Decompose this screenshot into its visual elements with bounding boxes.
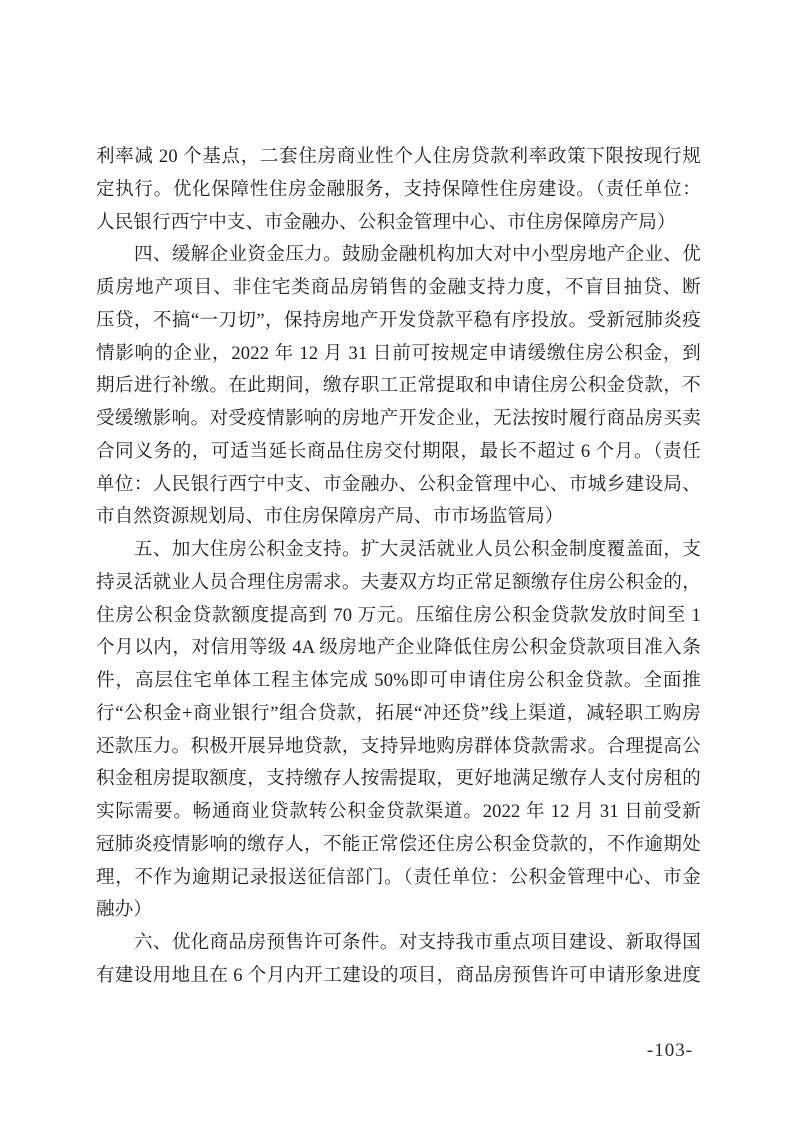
text-line: 压贷，不搞“一刀切”，保持房地产开发贷款平稳有序投放。受新冠肺炎疫	[96, 305, 701, 338]
text-line: 积金租房提取额度，支持缴存人按需提取，更好地满足缴存人支付房租的	[96, 763, 701, 796]
text-line: 定执行。优化保障性住房金融服务，支持保障性住房建设。（责任单位：	[96, 174, 701, 207]
text-line: 持灵活就业人员合理住房需求。夫妻双方均正常足额缴存住房公积金的，	[96, 567, 701, 600]
page-number: -103-	[620, 1040, 720, 1062]
text-line: 理，不作为逾期记录报送征信部门。（责任单位：公积金管理中心、市金	[96, 862, 701, 895]
text-line: 期后进行补缴。在此期间，缴存职工正常提取和申请住房公积金贷款，不	[96, 370, 701, 403]
text-line: 行“公积金+商业银行”组合贷款，拓展“冲还贷”线上渠道，减轻职工购房	[96, 698, 701, 731]
text-line: 个月以内，对信用等级 4A 级房地产企业降低住房公积金贷款项目准入条	[96, 632, 701, 665]
text-line: 五、加大住房公积金支持。扩大灵活就业人员公积金制度覆盖面，支	[96, 534, 701, 567]
text-line: 实际需要。畅通商业贷款转公积金贷款渠道。2022 年 12 月 31 日前受新	[96, 796, 701, 829]
text-line: 市自然资源规划局、市住房保障房产局、市市场监管局）	[96, 501, 701, 534]
text-line: 四、缓解企业资金压力。鼓励金融机构加大对中小型房地产企业、优	[96, 239, 701, 272]
text-line: 受缓缴影响。对受疫情影响的房地产开发企业，无法按时履行商品房买卖	[96, 403, 701, 436]
document-body: 利率减 20 个基点，二套住房商业性个人住房贷款利率政策下限按现行规定执行。优化…	[96, 141, 701, 993]
text-line: 利率减 20 个基点，二套住房商业性个人住房贷款利率政策下限按现行规	[96, 141, 701, 174]
text-line: 住房公积金贷款额度提高到 70 万元。压缩住房公积金贷款发放时间至 1	[96, 600, 701, 633]
text-line: 合同义务的，可适当延长商品住房交付期限，最长不超过 6 个月。（责任	[96, 436, 701, 469]
text-line: 冠肺炎疫情影响的缴存人，不能正常偿还住房公积金贷款的，不作逾期处	[96, 829, 701, 862]
text-line: 情影响的企业，2022 年 12 月 31 日前可按规定申请缓缴住房公积金，到	[96, 338, 701, 371]
text-line: 质房地产项目、非住宅类商品房销售的金融支持力度，不盲目抽贷、断贷、	[96, 272, 701, 305]
text-line: 件，高层住宅单体工程主体完成 50%即可申请住房公积金贷款。全面推	[96, 665, 701, 698]
text-line: 人民银行西宁中支、市金融办、公积金管理中心、市住房保障房产局）	[96, 207, 701, 240]
text-line: 融办）	[96, 894, 701, 927]
text-line: 单位：人民银行西宁中支、市金融办、公积金管理中心、市城乡建设局、	[96, 469, 701, 502]
text-line: 有建设用地且在 6 个月内开工建设的项目，商品房预售许可申请形象进度	[96, 960, 701, 993]
text-line: 六、优化商品房预售许可条件。对支持我市重点项目建设、新取得国	[96, 927, 701, 960]
document-page: 利率减 20 个基点，二套住房商业性个人住房贷款利率政策下限按现行规定执行。优化…	[0, 0, 793, 1122]
text-line: 还款压力。积极开展异地贷款，支持异地购房群体贷款需求。合理提高公	[96, 731, 701, 764]
